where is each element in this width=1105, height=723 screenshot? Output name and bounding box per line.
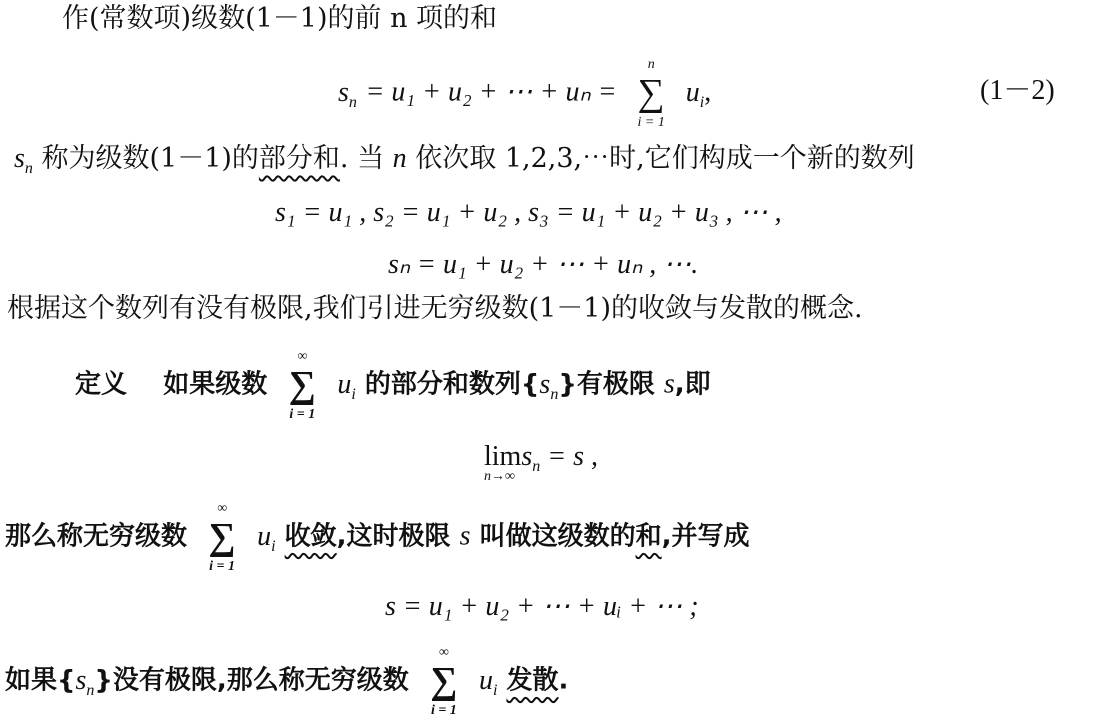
summation: ∞ ∑ i = 1 [424,662,464,700]
series-sum-equation: s = u₁ + u₂ + ⋯ + uᵢ + ⋯ ; [385,590,699,624]
term-partial-sum: 部分和 [259,143,340,174]
sigma-icon: ∑ [282,366,322,404]
partial-sum-equation: sn = u₁ + u₂ + ⋯ + uₙ = n ∑ i = 1 ui, [338,74,711,112]
intro-text: 作(常数项)级数(1－1)的前 n 项的和 [62,3,497,34]
sigma-icon: ∑ [631,74,671,112]
divergence-line: 如果{sn}没有极限,那么称无穷级数 ∞ ∑ i = 1 ui 发散. [5,662,568,700]
summation: ∞ ∑ i = 1 [202,518,242,556]
eq-lhs: sn [338,77,357,108]
term-sum: 和 [636,522,662,552]
equation-number: (1－2) [980,74,1055,108]
sigma-icon: ∑ [202,518,242,556]
summation: n ∑ i = 1 [631,74,671,112]
limit-expression: limn→∞sn = s , [484,440,598,474]
sum-upper-limit: n [631,58,671,72]
convergence-line: 那么称无穷级数 ∞ ∑ i = 1 ui 收敛,这时极限 s 叫做这级数的和,并… [5,518,749,556]
general-term: sₙ = u₁ + u₂ + ⋯ + uₙ , ⋯. [388,248,698,282]
summation: ∞ ∑ i = 1 [282,366,322,404]
sequence-terms: s₁ = u₁ , s₂ = u₁ + u₂ , s₃ = u₁ + u₂ + … [275,196,782,230]
definition-label: 定义 [75,370,127,400]
sum-lower-limit: i = 1 [631,116,671,130]
sigma-icon: ∑ [424,662,464,700]
term-converge: 收敛 [285,522,337,552]
concept-intro-line: 根据这个数列有没有极限,我们引进无穷级数(1－1)的收敛与发散的概念. [7,292,863,326]
partial-sum-definition-line: sn 称为级数(1－1)的部分和. 当 n 依次取 1,2,3,⋯时,它们构成一… [14,142,915,176]
intro-line: 作(常数项)级数(1－1)的前 n 项的和 [62,2,497,36]
term-diverge: 发散 [506,666,558,696]
sum-term: ui [686,77,704,108]
eq-rhs: = u₁ + u₂ + ⋯ + uₙ = [366,77,617,108]
definition-line: 定义 如果级数 ∞ ∑ i = 1 ui 的部分和数列{sn}有极限 s,即 [75,366,711,404]
